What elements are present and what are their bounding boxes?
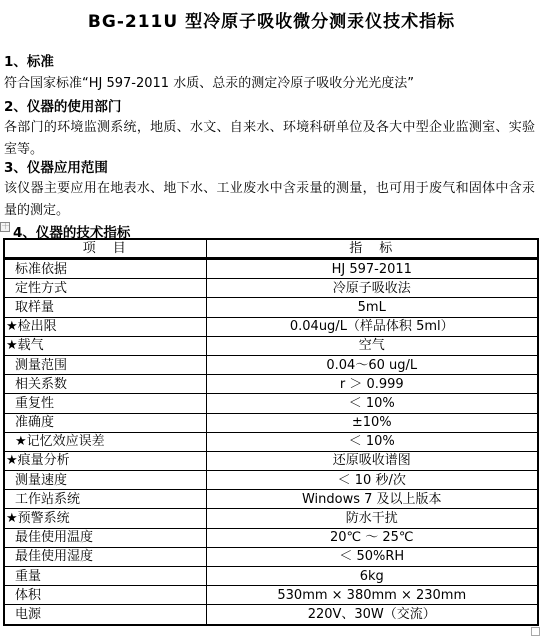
spec-item-value: 0.04～60 ug/L	[206, 355, 538, 374]
table-resize-handle[interactable]	[531, 627, 540, 636]
spec-item-label: 最佳使用温度	[4, 528, 206, 547]
spec-item-value: HJ 597-2011	[206, 259, 538, 279]
document-page: BG-211U 型冷原子吸收微分测汞仪技术指标 1、标准 符合国家标准“HJ 5…	[0, 0, 543, 638]
spec-item-label: 定性方式	[4, 279, 206, 298]
spec-item-label: 最佳使用湿度	[4, 547, 206, 566]
spec-item-label: 电源	[4, 605, 206, 625]
page-title: BG-211U 型冷原子吸收微分测汞仪技术指标	[0, 7, 543, 32]
table-row: 电源220V、30W（交流）	[4, 605, 538, 625]
table-row: 工作站系统Windows 7 及以上版本	[4, 490, 538, 509]
section-heading-application-scope: 3、仪器应用范围	[4, 156, 108, 176]
spec-table: 项 目 指 标 标准依据HJ 597-2011定性方式冷原子吸收法取样量5mL★…	[3, 238, 539, 626]
table-row: ★检出限0.04ug/L（样品体积 5ml）	[4, 317, 538, 336]
spec-item-label: 工作站系统	[4, 490, 206, 509]
spec-item-value: 220V、30W（交流）	[206, 605, 538, 625]
spec-item-value: ±10%	[206, 413, 538, 432]
spec-item-value: ＜ 10%	[206, 432, 538, 451]
spec-item-label: 重量	[4, 567, 206, 586]
table-row: 准确度±10%	[4, 413, 538, 432]
spec-item-value: ＜ 10 秒/次	[206, 471, 538, 490]
table-header-row: 项 目 指 标	[4, 239, 538, 259]
spec-item-label: 准确度	[4, 413, 206, 432]
section-heading-standard: 1、标准	[4, 50, 54, 70]
table-row: ★预警系统防水干扰	[4, 509, 538, 528]
table-row: 最佳使用湿度＜ 50%RH	[4, 547, 538, 566]
table-row: 体积530mm × 380mm × 230mm	[4, 586, 538, 605]
table-row: ★痕量分析还原吸收谱图	[4, 451, 538, 470]
table-row: 相关系数r ＞ 0.999	[4, 375, 538, 394]
spec-item-value: ＜ 10%	[206, 394, 538, 413]
section-body-departments: 各部门的环境监测系统，地质、水文、自来水、环境科研单位及各大中型企业监测室、实验…	[4, 117, 535, 160]
spec-item-label: ★预警系统	[4, 509, 206, 528]
spec-item-value: 还原吸收谱图	[206, 451, 538, 470]
table-row: 取样量5mL	[4, 298, 538, 317]
spec-item-label: 取样量	[4, 298, 206, 317]
table-row: 最佳使用温度20℃ ～ 25℃	[4, 528, 538, 547]
spec-item-label: ★载气	[4, 336, 206, 355]
spec-item-label: 标准依据	[4, 259, 206, 279]
spec-item-label: 测量速度	[4, 471, 206, 490]
spec-item-value: 冷原子吸收法	[206, 279, 538, 298]
table-row: 测量范围0.04～60 ug/L	[4, 355, 538, 374]
spec-item-label: ★检出限	[4, 317, 206, 336]
spec-item-label: 测量范围	[4, 355, 206, 374]
spec-item-value: 20℃ ～ 25℃	[206, 528, 538, 547]
table-row: ★记忆效应误差＜ 10%	[4, 432, 538, 451]
spec-item-value: ＜ 50%RH	[206, 547, 538, 566]
section-body-application-scope: 该仪器主要应用在地表水、地下水、工业废水中含汞量的测量，也可用于废气和固体中含汞…	[4, 178, 535, 221]
spec-item-label: 体积	[4, 586, 206, 605]
spec-item-label: 重复性	[4, 394, 206, 413]
table-move-handle-icon[interactable]: ＋	[0, 222, 10, 232]
spec-item-value: 530mm × 380mm × 230mm	[206, 586, 538, 605]
spec-item-value: 0.04ug/L（样品体积 5ml）	[206, 317, 538, 336]
column-header-item: 项 目	[4, 239, 206, 259]
spec-item-label: ★痕量分析	[4, 451, 206, 470]
table-row: 重量6kg	[4, 567, 538, 586]
section-heading-departments: 2、仪器的使用部门	[4, 95, 121, 115]
spec-item-label: ★记忆效应误差	[4, 432, 206, 451]
spec-item-value: 5mL	[206, 298, 538, 317]
spec-item-value: r ＞ 0.999	[206, 375, 538, 394]
spec-table-body: 标准依据HJ 597-2011定性方式冷原子吸收法取样量5mL★检出限0.04u…	[4, 259, 538, 625]
table-row: 标准依据HJ 597-2011	[4, 259, 538, 279]
spec-item-value: 6kg	[206, 567, 538, 586]
spec-item-value: Windows 7 及以上版本	[206, 490, 538, 509]
spec-item-value: 防水干扰	[206, 509, 538, 528]
table-row: 定性方式冷原子吸收法	[4, 279, 538, 298]
table-row: 重复性＜ 10%	[4, 394, 538, 413]
table-row: ★载气空气	[4, 336, 538, 355]
table-row: 测量速度＜ 10 秒/次	[4, 471, 538, 490]
spec-item-value: 空气	[206, 336, 538, 355]
column-header-value: 指 标	[206, 239, 538, 259]
spec-item-label: 相关系数	[4, 375, 206, 394]
section-body-standard: 符合国家标准“HJ 597-2011 水质、总汞的测定冷原子吸收分光光度法”	[4, 73, 535, 95]
